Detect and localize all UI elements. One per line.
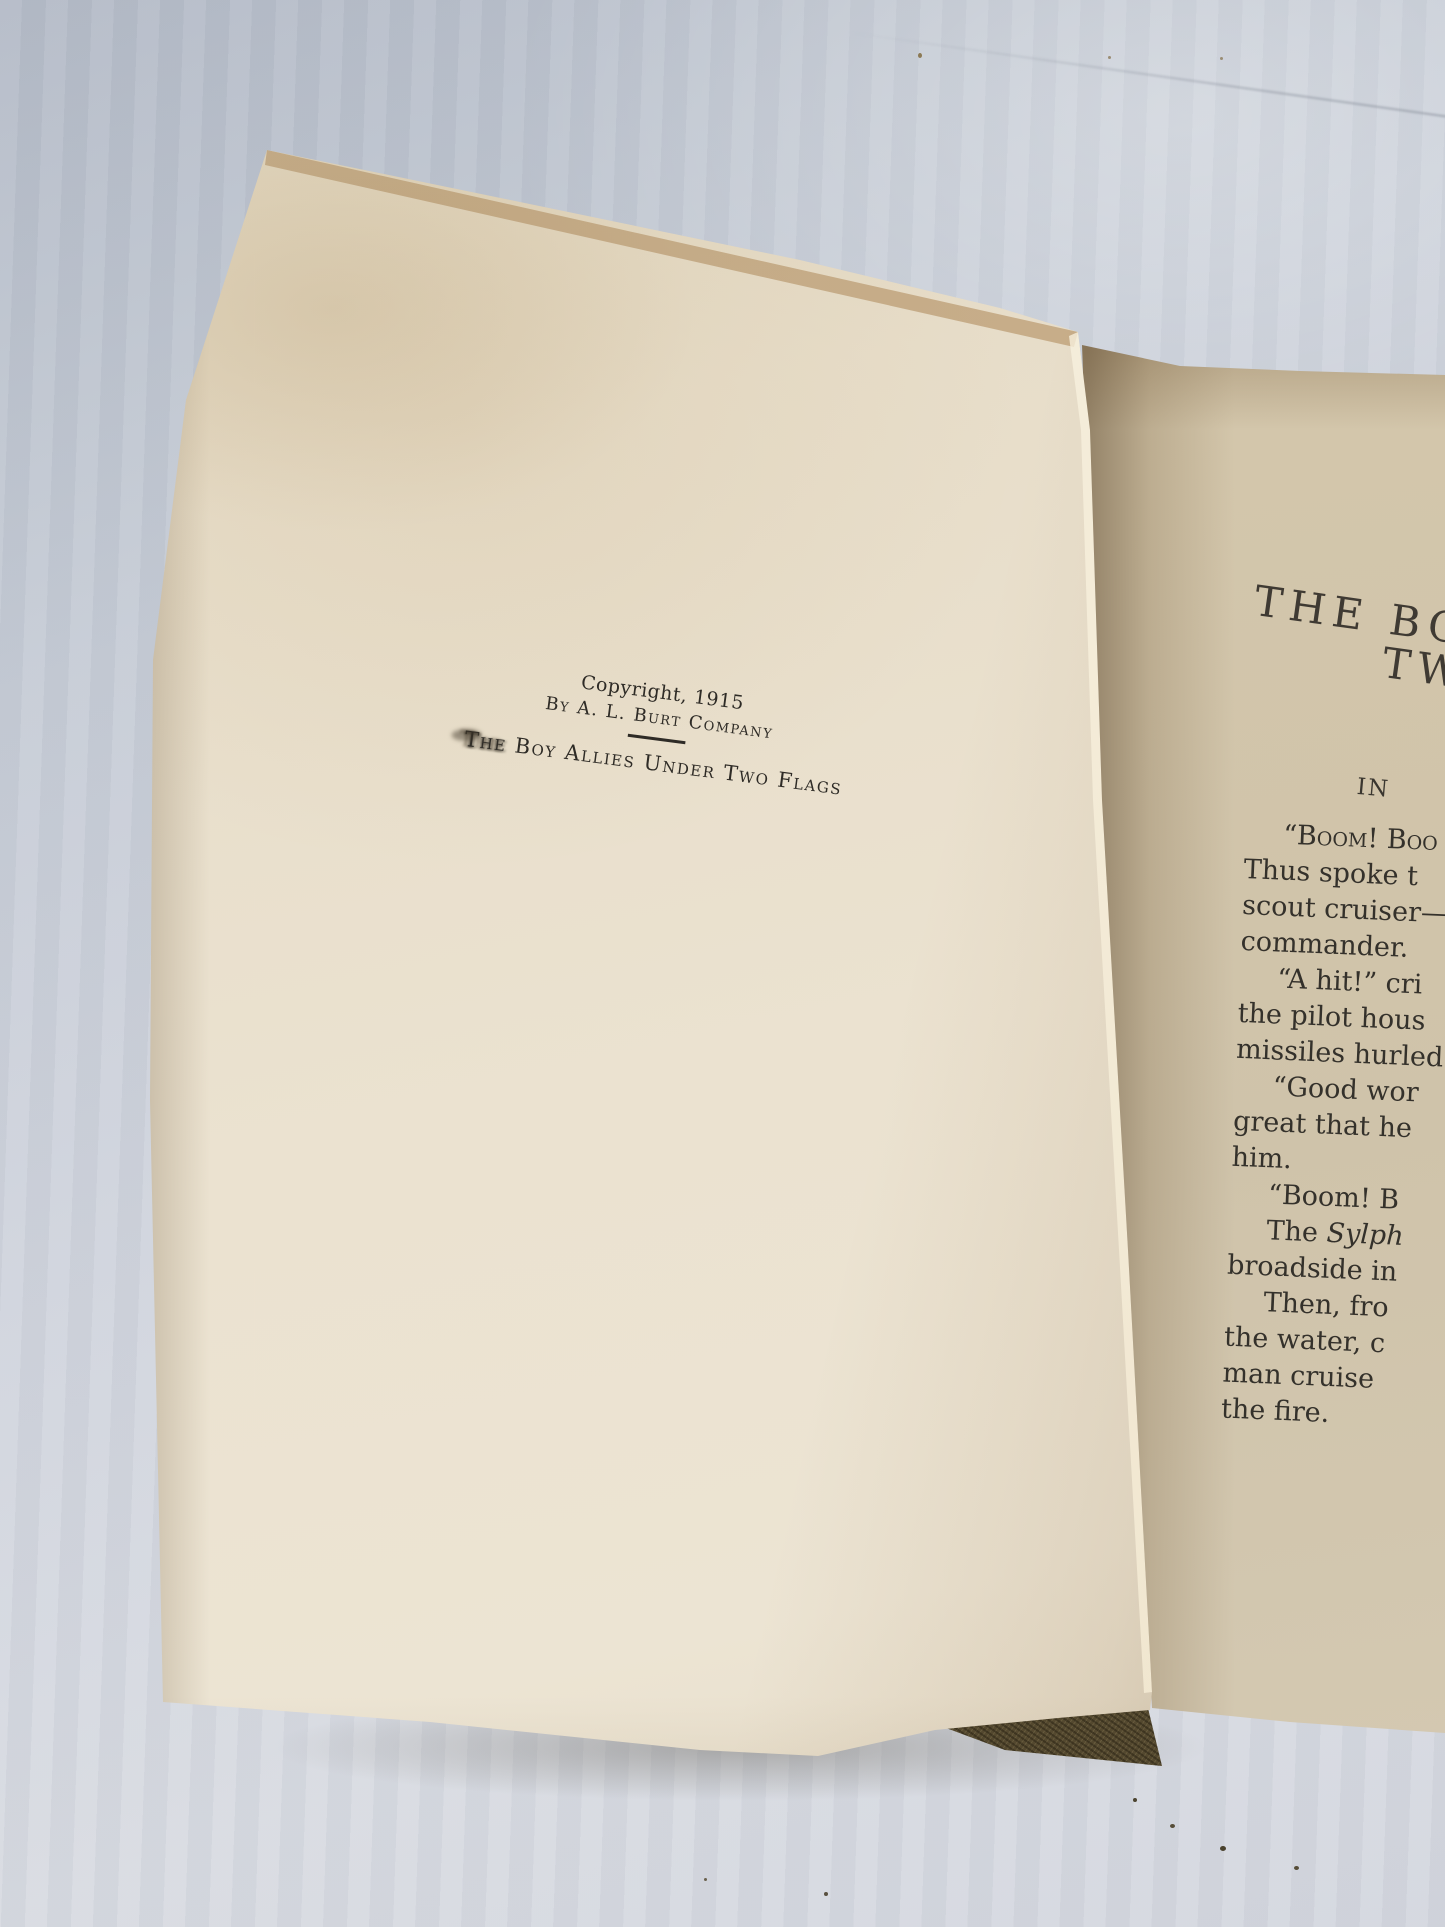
debris-speck [1294,1866,1299,1870]
debris-speck [1108,56,1111,59]
debris-speck [1220,1846,1226,1851]
backdrop-crease [846,31,1445,118]
debris-speck [704,1878,707,1881]
debris-speck [1170,1824,1175,1828]
debris-speck [1220,57,1223,60]
series-title-smudged-word: The [463,727,508,756]
divider-rule [628,734,686,744]
right-page-body: “Boom! BooThus spoke tscout cruiser—comm… [1220,816,1445,1441]
book-photo: THE BO TW IN “Boom! BooThus spoke tscout… [0,0,1445,1927]
body-line: the fire. [1220,1391,1445,1440]
book-title-line-2: TW [1379,638,1445,698]
copyright-block: Copyright, 1915 By A. L. Burt Company Th… [442,655,875,803]
debris-speck [918,53,922,58]
chapter-heading: IN [1356,774,1391,803]
debris-speck [1133,1798,1137,1802]
debris-speck [824,1892,828,1896]
